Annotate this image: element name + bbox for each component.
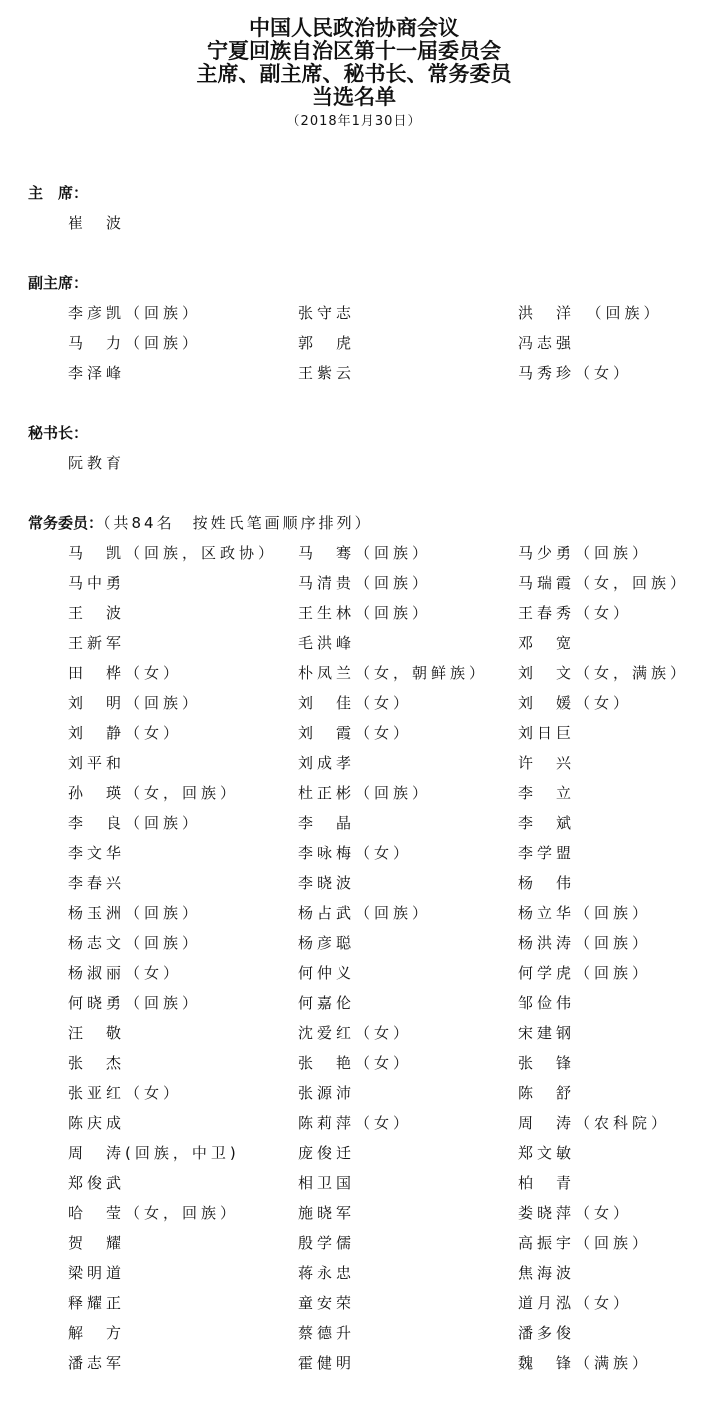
standing-committee-member-name: 宋建钢	[518, 1023, 575, 1043]
name-row: 马 力（回族） 郭 虎 冯志强	[0, 333, 708, 363]
name-row: 贺 耀殷学儒高振宇（回族）	[0, 1233, 708, 1263]
standing-committee-member-name: 王生林（回族）	[298, 603, 431, 623]
name-row: 马中勇马清贵（回族）马瑞霞（女，回族）	[0, 573, 708, 603]
standing-committee-member-name: 刘成孝	[298, 753, 355, 773]
standing-committee-member-name: 梁明道	[68, 1263, 125, 1283]
standing-committee-member-name: 霍健明	[298, 1353, 355, 1373]
standing-committee-member-name: 何学虎（回族）	[518, 963, 651, 983]
standing-committee-member-name: 焦海波	[518, 1263, 575, 1283]
standing-committee-member-name: 李晓波	[298, 873, 355, 893]
standing-committee-member-name: 释耀正	[68, 1293, 125, 1313]
standing-committee-member-name: 陈 舒	[518, 1083, 575, 1103]
standing-committee-member-name: 庞俊迁	[298, 1143, 355, 1163]
title-line-2: 宁夏回族自治区第十一届委员会	[0, 39, 708, 62]
standing-committee-member-name: 施晓军	[298, 1203, 355, 1223]
vice-chairman-name: 马 力（回族）	[68, 333, 201, 353]
standing-committee-member-name: 高振宇（回族）	[518, 1233, 651, 1253]
standing-committee-member-name: 刘 明（回族）	[68, 693, 201, 713]
standing-committee-member-name: 刘 静（女）	[68, 723, 182, 743]
name-row: 汪 敬沈爱红（女）宋建钢	[0, 1023, 708, 1053]
standing-committee-member-name: 李 立	[518, 783, 575, 803]
standing-committee-member-name: 杜正彬（回族）	[298, 783, 431, 803]
standing-committee-member-name: 张 艳（女）	[298, 1053, 412, 1073]
standing-committee-member-name: 魏 锋（满族）	[518, 1353, 651, 1373]
standing-committee-member-name: 刘 媛（女）	[518, 693, 632, 713]
standing-committee-member-name: 潘志军	[68, 1353, 125, 1373]
vice-chairman-name: 李泽峰	[68, 363, 125, 383]
standing-committee-member-name: 杨玉洲（回族）	[68, 903, 201, 923]
name-row: 梁明道蒋永忠焦海波	[0, 1263, 708, 1293]
standing-committee-member-name: 贺 耀	[68, 1233, 125, 1253]
standing-committee-member-name: 相卫国	[298, 1173, 355, 1193]
standing-committee-member-name: 何仲义	[298, 963, 355, 983]
name-row: 刘平和刘成孝许 兴	[0, 753, 708, 783]
standing-committee-member-name: 许 兴	[518, 753, 575, 773]
title-line-4: 当选名单	[0, 85, 708, 108]
name-row: 刘 静（女）刘 霞（女）刘日巨	[0, 723, 708, 753]
standing-committee-member-name: 陈庆成	[68, 1113, 125, 1133]
vice-chairman-name: 张守志	[298, 303, 355, 323]
standing-committee-member-name: 沈爱红（女）	[298, 1023, 412, 1043]
standing-committee-member-name: 汪 敬	[68, 1023, 125, 1043]
title-line-3: 主席、副主席、秘书长、常务委员	[0, 62, 708, 85]
standing-committee-member-name: 刘平和	[68, 753, 125, 773]
name-row: 哈 莹（女，回族）施晓军娄晓萍（女）	[0, 1203, 708, 1233]
standing-committee-member-name: 解 方	[68, 1323, 125, 1343]
standing-committee-member-name: 张亚红（女）	[68, 1083, 182, 1103]
standing-committee-member-name: 李咏梅（女）	[298, 843, 412, 863]
standing-committee-member-name: 蒋永忠	[298, 1263, 355, 1283]
standing-committee-member-name: 周 涛(回族，中卫)	[68, 1143, 240, 1163]
name-row: 释耀正童安荣道月泓（女）	[0, 1293, 708, 1323]
vice-chairman-name: 马秀珍（女）	[518, 363, 632, 383]
standing-committee-member-name: 王新军	[68, 633, 125, 653]
name-row: 杨玉洲（回族）杨占武（回族）杨立华（回族）	[0, 903, 708, 933]
name-row: 李泽峰 王紫云 马秀珍（女）	[0, 363, 708, 393]
standing-committee-member-name: 杨彦聪	[298, 933, 355, 953]
standing-committee-member-name: 刘 霞（女）	[298, 723, 412, 743]
name-row: 杨志文（回族）杨彦聪杨洪涛（回族）	[0, 933, 708, 963]
name-row: 阮教育	[0, 453, 708, 483]
standing-committee-member-name: 杨立华（回族）	[518, 903, 651, 923]
standing-committee-member-name: 王春秀（女）	[518, 603, 632, 623]
name-row: 田 桦（女）朴凤兰（女，朝鲜族）刘 文（女，满族）	[0, 663, 708, 693]
standing-committee-member-name: 杨淑丽（女）	[68, 963, 182, 983]
name-row: 张 杰张 艳（女）张 锋	[0, 1053, 708, 1083]
vice-chairman-name: 冯志强	[518, 333, 575, 353]
standing-committee-member-name: 张源沛	[298, 1083, 355, 1103]
standing-committee-member-name: 刘 佳（女）	[298, 693, 412, 713]
standing-committee-member-name: 李 晶	[298, 813, 355, 833]
name-row: 孙 瑛（女，回族）杜正彬（回族）李 立	[0, 783, 708, 813]
standing-committee-member-name: 李学盟	[518, 843, 575, 863]
chairman-name: 崔 波	[68, 213, 125, 233]
standing-committee-member-name: 马少勇（回族）	[518, 543, 651, 563]
document-header: 中国人民政治协商会议 宁夏回族自治区第十一届委员会 主席、副主席、秘书长、常务委…	[0, 16, 708, 132]
name-row: 解 方蔡德升潘多俊	[0, 1323, 708, 1353]
standing-committee-member-name: 李春兴	[68, 873, 125, 893]
standing-committee-member-name: 杨占武（回族）	[298, 903, 431, 923]
title-line-1: 中国人民政治协商会议	[0, 16, 708, 39]
standing-committee-member-name: 马中勇	[68, 573, 125, 593]
standing-committee-member-name: 哈 莹（女，回族）	[68, 1203, 239, 1223]
name-row: 陈庆成陈莉萍（女）周 涛（农科院）	[0, 1113, 708, 1143]
standing-committee-member-name: 娄晓萍（女）	[518, 1203, 632, 1223]
standing-committee-member-name: 童安荣	[298, 1293, 355, 1313]
name-row: 何晓勇（回族）何嘉伦邹俭伟	[0, 993, 708, 1023]
standing-committee-member-name: 殷学儒	[298, 1233, 355, 1253]
name-row: 马 凯（回族，区政协）马 骞（回族）马少勇（回族）	[0, 543, 708, 573]
standing-committee-member-name: 杨洪涛（回族）	[518, 933, 651, 953]
standing-committee-member-name: 王 波	[68, 603, 125, 623]
vice-chairman-name: 洪 洋 （回族）	[518, 303, 663, 323]
standing-committee-member-name: 何嘉伦	[298, 993, 355, 1013]
secretary-general-name: 阮教育	[68, 453, 125, 473]
standing-committee-member-name: 马 凯（回族，区政协）	[68, 543, 277, 563]
name-row: 李春兴李晓波杨 伟	[0, 873, 708, 903]
standing-committee-member-name: 马 骞（回族）	[298, 543, 431, 563]
standing-committee-member-name: 柏 青	[518, 1173, 575, 1193]
vice-chairman-name: 王紫云	[298, 363, 355, 383]
vice-chairmen-label: 副主席：	[28, 273, 88, 293]
standing-committee-heading: 常务委员：（共84名 按姓氏笔画顺序排列）	[28, 513, 373, 533]
standing-committee-member-name: 田 桦（女）	[68, 663, 182, 683]
standing-committee-member-name: 何晓勇（回族）	[68, 993, 201, 1013]
standing-committee-member-name: 李文华	[68, 843, 125, 863]
standing-committee-member-name: 杨志文（回族）	[68, 933, 201, 953]
standing-committee-member-name: 毛洪峰	[298, 633, 355, 653]
standing-committee-note: （共84名 按姓氏笔画顺序排列）	[103, 514, 373, 532]
standing-committee-member-name: 张 锋	[518, 1053, 575, 1073]
name-row: 张亚红（女）张源沛陈 舒	[0, 1083, 708, 1113]
standing-committee-member-name: 朴凤兰（女，朝鲜族）	[298, 663, 488, 683]
standing-committee-member-name: 邹俭伟	[518, 993, 575, 1013]
name-row: 郑俊武相卫国柏 青	[0, 1173, 708, 1203]
standing-committee-member-name: 郑俊武	[68, 1173, 125, 1193]
standing-committee-member-name: 马瑞霞（女，回族）	[518, 573, 689, 593]
name-row: 杨淑丽（女）何仲义何学虎（回族）	[0, 963, 708, 993]
name-row: 李 良（回族）李 晶李 斌	[0, 813, 708, 843]
standing-committee-member-name: 孙 瑛（女，回族）	[68, 783, 239, 803]
standing-committee-member-name: 李 斌	[518, 813, 575, 833]
standing-committee-member-name: 杨 伟	[518, 873, 575, 893]
standing-committee-member-name: 刘 文（女，满族）	[518, 663, 689, 683]
standing-committee-member-name: 道月泓（女）	[518, 1293, 632, 1313]
standing-committee-member-name: 李 良（回族）	[68, 813, 201, 833]
standing-committee-member-name: 邓 宽	[518, 633, 575, 653]
standing-committee-member-name: 蔡德升	[298, 1323, 355, 1343]
document-date: （2018年1月30日）	[0, 112, 708, 132]
standing-committee-member-name: 张 杰	[68, 1053, 125, 1073]
standing-committee-member-name: 马清贵（回族）	[298, 573, 431, 593]
name-row: 刘 明（回族）刘 佳（女）刘 媛（女）	[0, 693, 708, 723]
name-row: 李彦凯（回族） 张守志 洪 洋 （回族）	[0, 303, 708, 333]
vice-chairman-name: 李彦凯（回族）	[68, 303, 201, 323]
standing-committee-member-name: 潘多俊	[518, 1323, 575, 1343]
standing-committee-member-name: 陈莉萍（女）	[298, 1113, 412, 1133]
secretary-general-label: 秘书长：	[28, 423, 88, 443]
standing-committee-member-name: 郑文敏	[518, 1143, 575, 1163]
vice-chairman-name: 郭 虎	[298, 333, 355, 353]
name-row: 王新军毛洪峰邓 宽	[0, 633, 708, 663]
standing-committee-member-name: 刘日巨	[518, 723, 575, 743]
name-row: 周 涛(回族，中卫)庞俊迁郑文敏	[0, 1143, 708, 1173]
name-row: 王 波王生林（回族）王春秀（女）	[0, 603, 708, 633]
chairman-label: 主 席：	[28, 183, 88, 203]
name-row: 崔 波	[0, 213, 708, 243]
name-row: 李文华李咏梅（女）李学盟	[0, 843, 708, 873]
name-row: 潘志军霍健明魏 锋（满族）	[0, 1353, 708, 1383]
standing-committee-label: 常务委员：	[28, 514, 103, 532]
standing-committee-member-name: 周 涛（农科院）	[518, 1113, 670, 1133]
